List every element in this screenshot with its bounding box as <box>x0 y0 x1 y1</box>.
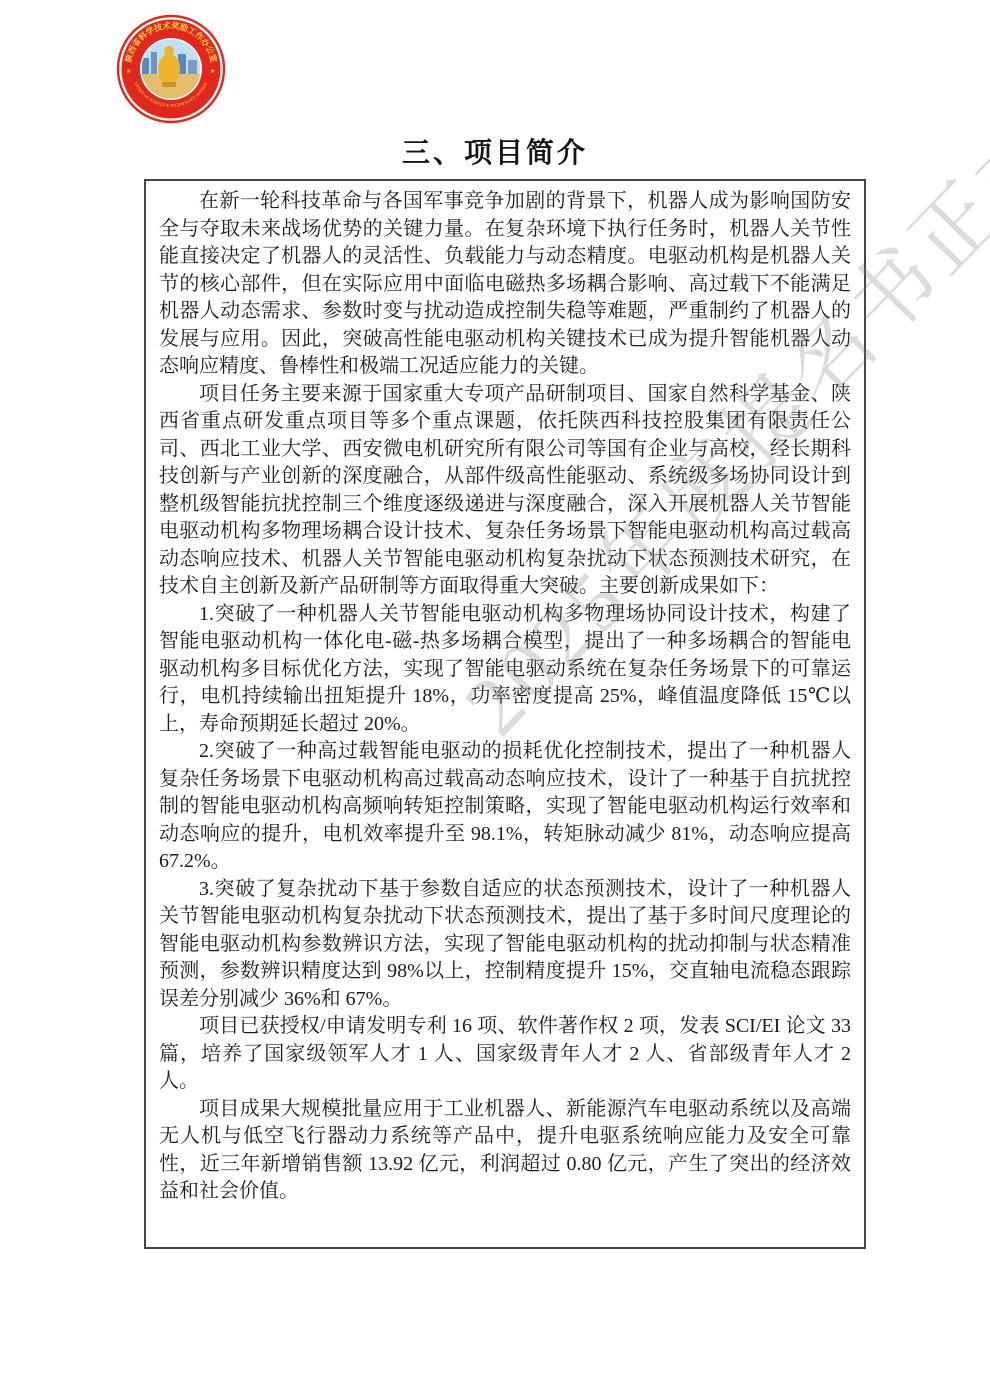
building-icon <box>188 60 197 76</box>
trophy-base <box>162 82 176 87</box>
paragraph: 项目已获授权/申请发明专利 16 项、软件著作权 2 项，发表 SCI/EI 论… <box>159 1013 851 1096</box>
award-office-seal: 陕西省科学技术奖励工作办公室 OFFICE OF SCIENCE & TECHN… <box>116 14 226 124</box>
paragraph: 3.突破了复杂扰动下基于参数自适应的状态预测技术，设计了一种机器人关节智能电驱动… <box>159 876 851 1014</box>
page-title: 三、项目简介 <box>0 131 990 171</box>
seal-graphic: 陕西省科学技术奖励工作办公室 OFFICE OF SCIENCE & TECHN… <box>116 14 226 124</box>
building-icon <box>142 58 149 76</box>
document-page: 陕西省科学技术奖励工作办公室 OFFICE OF SCIENCE & TECHN… <box>0 0 990 1399</box>
building-icon <box>151 52 157 76</box>
paragraph-list: 在新一轮科技革命与各国军事竞争加剧的背景下，机器人成为影响国防安全与夺取未来战场… <box>159 188 851 1206</box>
star-icon: ★ <box>210 68 215 75</box>
paragraph: 1.突破了一种机器人关节智能电驱动机构多物理场协同设计技术，构建了智能电驱动机构… <box>159 601 851 739</box>
trophy-icon <box>158 54 180 84</box>
paragraph: 2.突破了一种高过载智能电驱动的损耗优化控制技术，提出了一种机器人复杂任务场景下… <box>159 738 851 876</box>
paragraph: 项目任务主要来源于国家重大专项产品研制项目、国家自然科学基金、陕西省重点研发重点… <box>159 381 851 601</box>
paragraph: 在新一轮科技革命与各国军事竞争加剧的背景下，机器人成为影响国防安全与夺取未来战场… <box>159 188 851 381</box>
project-summary-box: 在新一轮科技革命与各国军事竞争加剧的背景下，机器人成为影响国防安全与夺取未来战场… <box>144 179 866 1249</box>
paragraph: 项目成果大规模批量应用于工业机器人、新能源汽车电驱动系统以及高端无人机与低空飞行… <box>159 1096 851 1206</box>
trophy-icon <box>164 46 174 56</box>
star-icon: ★ <box>126 68 131 75</box>
